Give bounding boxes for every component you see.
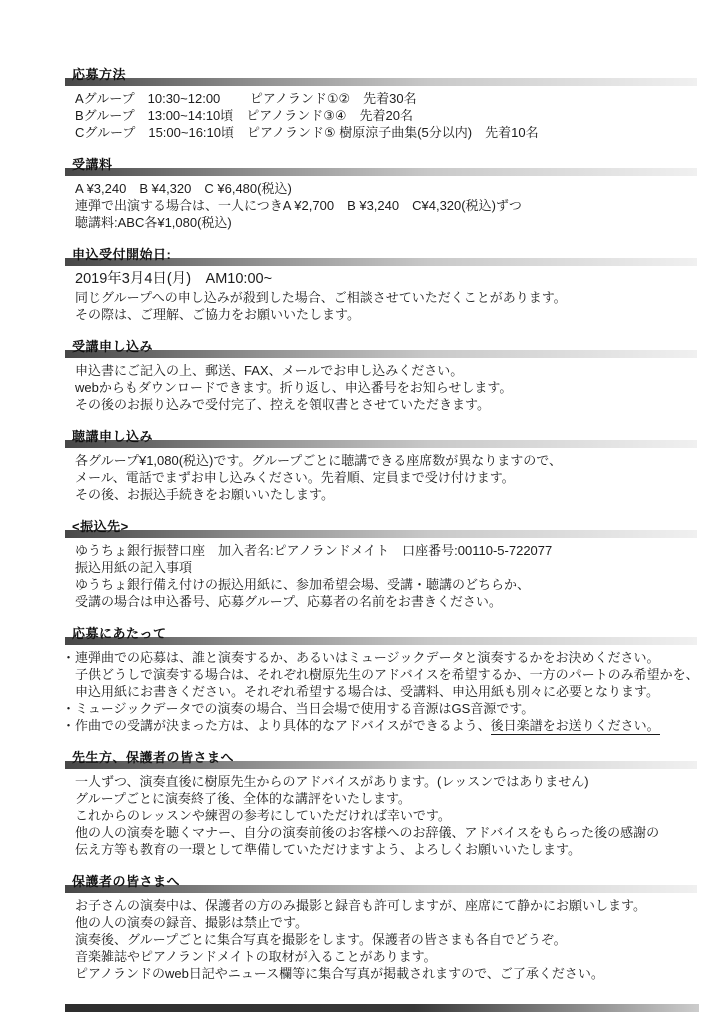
body-line: 子供どうしで演奏する場合は、それぞれ樹原先生のアドバイスを希望するか、一方のパー… (75, 666, 724, 683)
section-body: 2019年3月4日(月) AM10:00~同じグループへの申し込みが殺到した場合… (75, 266, 724, 323)
footer-rule (65, 1004, 699, 1012)
section: 保護者の皆さまへお子さんの演奏中は、保護者の方のみ撮影と録音も許可しますが、座席… (65, 871, 724, 982)
section-rule (65, 440, 697, 448)
section-title: 保護者の皆さまへ (72, 871, 180, 890)
section: 応募方法Aグループ 10:30~12:00 ピアノランド①② 先着30名Bグルー… (65, 64, 724, 141)
body-line: 他の人の演奏の録音、撮影は禁止です。 (75, 914, 724, 931)
body-line: 演奏後、グループごとに集合写真を撮影をします。保護者の皆さまも各自でどうぞ。 (75, 931, 724, 948)
bullet-line: ・連弾曲での応募は、誰と演奏するか、あるいはミュージックデータと演奏するかをお決… (62, 649, 724, 666)
section-title: 先生方、保護者の皆さまへ (72, 747, 234, 766)
body-line: Bグループ 13:00~14:10頃 ピアノランド③④ 先着20名 (75, 107, 724, 124)
section-title: 申込受付開始日: (72, 244, 171, 263)
underlined-text: 後日楽譜をお送りください。 (491, 718, 660, 735)
bullet-line: ・ミュージックデータでの演奏の場合、当日会場で使用する音源はGS音源です。 (62, 700, 724, 717)
section-body: お子さんの演奏中は、保護者の方のみ撮影と録音も許可しますが、座席にて静かにお願い… (75, 893, 724, 982)
section: 応募にあたって・連弾曲での応募は、誰と演奏するか、あるいはミュージックデータと演… (65, 623, 724, 734)
body-line: その際は、ご理解、ご協力をお願いいたします。 (75, 306, 724, 323)
section: 先生方、保護者の皆さまへ一人ずつ、演奏直後に樹原先生からのアドバイスがあります。… (65, 747, 724, 858)
body-line: webからもダウンロードできます。折り返し、申込番号をお知らせします。 (75, 379, 724, 396)
section: 聴講申し込み各グループ¥1,080(税込)です。グループごとに聴講できる座席数が… (65, 426, 724, 503)
section-body: ・連弾曲での応募は、誰と演奏するか、あるいはミュージックデータと演奏するかをお決… (75, 645, 724, 734)
section-header: 応募にあたって (65, 623, 697, 645)
section-rule (65, 350, 697, 358)
document-page: 応募方法Aグループ 10:30~12:00 ピアノランド①② 先着30名Bグルー… (0, 0, 724, 1024)
sections: 応募方法Aグループ 10:30~12:00 ピアノランド①② 先着30名Bグルー… (65, 64, 724, 982)
section-title: <振込先> (72, 516, 129, 535)
section-rule (65, 168, 697, 176)
section: 申込受付開始日:2019年3月4日(月) AM10:00~同じグループへの申し込… (65, 244, 724, 323)
section-header: 申込受付開始日: (65, 244, 697, 266)
section-header: <振込先> (65, 516, 697, 538)
section-header: 先生方、保護者の皆さまへ (65, 747, 697, 769)
body-line: 連弾で出演する場合は、一人につきA ¥2,700 B ¥3,240 C¥4,32… (75, 197, 724, 214)
body-line: 伝え方等も教育の一環として準備していただけますよう、よろしくお願いいたします。 (75, 841, 724, 858)
section-header: 応募方法 (65, 64, 697, 86)
body-line: これからのレッスンや練習の参考にしていただければ幸いです。 (75, 807, 724, 824)
body-line: 一人ずつ、演奏直後に樹原先生からのアドバイスがあります。(レッスンではありません… (75, 773, 724, 790)
bullet-line: ・作曲での受講が決まった方は、より具体的なアドバイスができるよう、後日楽譜をお送… (62, 717, 724, 734)
body-line: 振込用紙の記入事項 (75, 559, 724, 576)
body-line: ピアノランドのweb日記やニュース欄等に集合写真が掲載されますので、ご了承くださ… (75, 965, 724, 982)
body-line: ゆうちょ銀行振替口座 加入者名:ピアノランドメイト 口座番号:00110-5-7… (75, 542, 724, 559)
section-title: 聴講申し込み (72, 426, 153, 445)
section-body: 一人ずつ、演奏直後に樹原先生からのアドバイスがあります。(レッスンではありません… (75, 769, 724, 858)
section-header: 受講申し込み (65, 336, 697, 358)
section-title: 応募方法 (72, 64, 126, 83)
section-header: 保護者の皆さまへ (65, 871, 697, 893)
body-line: 受講の場合は申込番号、応募グループ、応募者の名前をお書きください。 (75, 593, 724, 610)
body-line: 2019年3月4日(月) AM10:00~ (75, 270, 724, 289)
body-line: A ¥3,240 B ¥4,320 C ¥6,480(税込) (75, 180, 724, 197)
section-body: A ¥3,240 B ¥4,320 C ¥6,480(税込)連弾で出演する場合は… (75, 176, 724, 231)
body-line: 音楽雑誌やピアノランドメイトの取材が入ることがあります。 (75, 948, 724, 965)
body-line: メール、電話でまずお申し込みください。先着順、定員まで受け付けます。 (75, 469, 724, 486)
section: <振込先>ゆうちょ銀行振替口座 加入者名:ピアノランドメイト 口座番号:0011… (65, 516, 724, 610)
section: 受講申し込み申込書にご記入の上、郵送、FAX、メールでお申し込みください。web… (65, 336, 724, 413)
body-line: その後のお振り込みで受付完了、控えを領収書とさせていただきます。 (75, 396, 724, 413)
body-line: 申込用紙にお書きください。それぞれ希望する場合は、受講料、申込用紙も別々に必要と… (75, 683, 724, 700)
section-header: 聴講申し込み (65, 426, 697, 448)
body-line: 申込書にご記入の上、郵送、FAX、メールでお申し込みください。 (75, 362, 724, 379)
section-rule (65, 78, 697, 86)
body-line: 各グループ¥1,080(税込)です。グループごとに聴講できる座席数が異なりますの… (75, 452, 724, 469)
section-body: ゆうちょ銀行振替口座 加入者名:ピアノランドメイト 口座番号:00110-5-7… (75, 538, 724, 610)
body-line: 同じグループへの申し込みが殺到した場合、ご相談させていただくことがあります。 (75, 289, 724, 306)
section-body: Aグループ 10:30~12:00 ピアノランド①② 先着30名Bグループ 13… (75, 86, 724, 141)
body-line: Cグループ 15:00~16:10頃 ピアノランド⑤ 樹原涼子曲集(5分以内) … (75, 124, 724, 141)
body-line: 聴講料:ABC各¥1,080(税込) (75, 214, 724, 231)
body-line: グループごとに演奏終了後、全体的な講評をいたします。 (75, 790, 724, 807)
section-header: 受講料 (65, 154, 697, 176)
body-line: その後、お振込手続きをお願いいたします。 (75, 486, 724, 503)
body-line: お子さんの演奏中は、保護者の方のみ撮影と録音も許可しますが、座席にて静かにお願い… (75, 897, 724, 914)
section-title: 受講料 (72, 154, 113, 173)
section-body: 各グループ¥1,080(税込)です。グループごとに聴講できる座席数が異なりますの… (75, 448, 724, 503)
section: 受講料A ¥3,240 B ¥4,320 C ¥6,480(税込)連弾で出演する… (65, 154, 724, 231)
body-line: Aグループ 10:30~12:00 ピアノランド①② 先着30名 (75, 90, 724, 107)
body-line: 他の人の演奏を聴くマナー、自分の演奏前後のお客様へのお辞儀、アドバイスをもらった… (75, 824, 724, 841)
body-line: ゆうちょ銀行備え付けの振込用紙に、参加希望会場、受講・聴講のどちらか、 (75, 576, 724, 593)
section-rule (65, 530, 697, 538)
section-title: 応募にあたって (72, 623, 167, 642)
section-title: 受講申し込み (72, 336, 153, 355)
section-body: 申込書にご記入の上、郵送、FAX、メールでお申し込みください。webからもダウン… (75, 358, 724, 413)
